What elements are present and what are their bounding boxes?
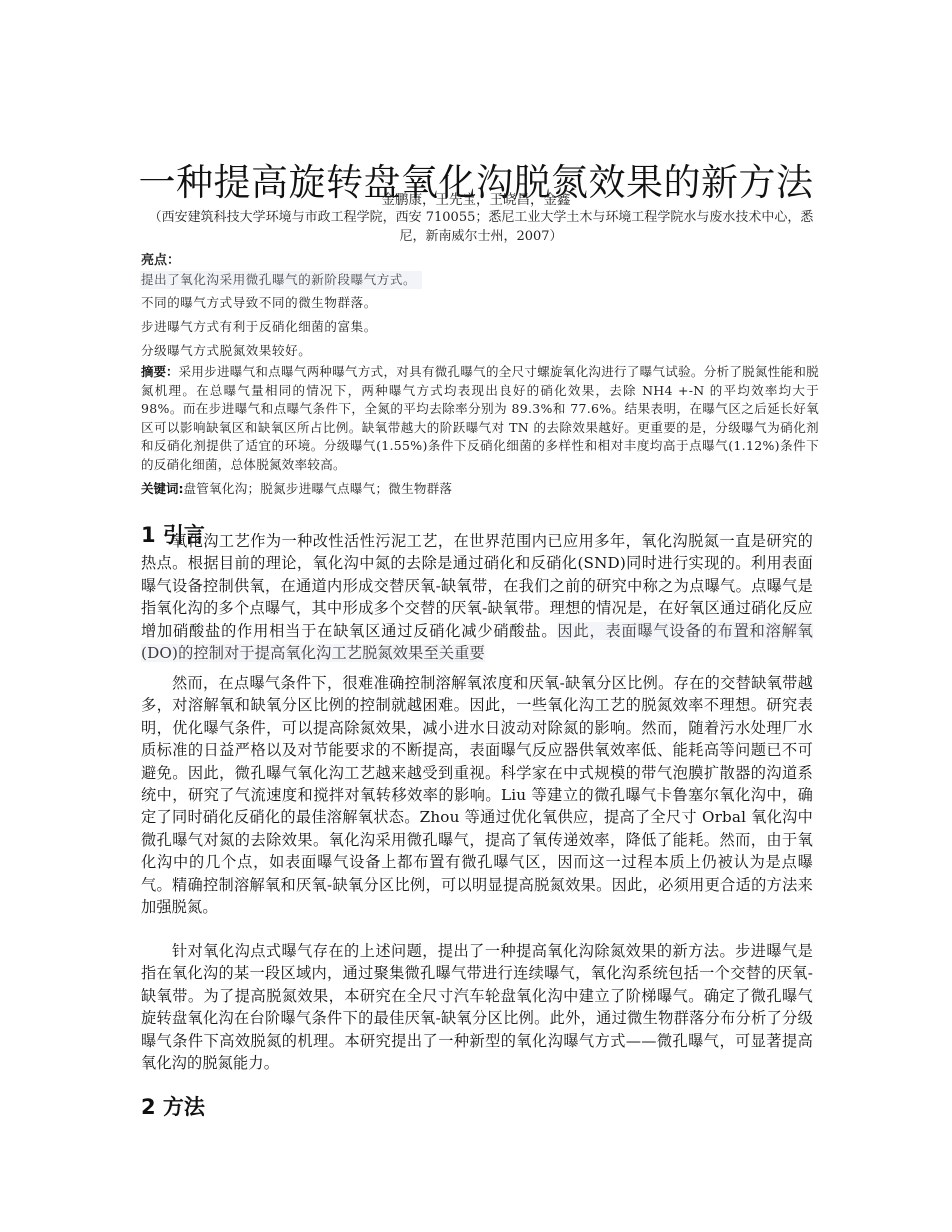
intro-paragraph-3: 针对氧化沟点式曝气存在的上述问题，提出了一种提高氧化沟除氮效果的新方法。步进曝气… [141, 940, 813, 1074]
paragraph-text: 然而，在点曝气条件下，很难准确控制溶解氧浓度和厌氧-缺氧分区比例。存在的交替缺氧… [141, 674, 813, 916]
highlight-item: 分级曝气方式脱氮效果较好。 [141, 342, 311, 360]
affiliation: （西安建筑科技大学环境与市政工程学院，西安 710055；悉尼工业大学土木与环境… [136, 208, 826, 246]
highlights-heading: 亮点： [141, 252, 821, 270]
highlight-item: 不同的曝气方式导致不同的微生物群落。 [141, 294, 377, 312]
section-heading-methods: 2 方法 [141, 1094, 205, 1120]
keywords: 关键词:盘管氧化沟；脱氮步进曝气点曝气；微生物群落 [141, 480, 819, 498]
abstract: 摘要：采用步进曝气和点曝气两种曝气方式，对具有微孔曝气的全尺寸螺旋氧化沟进行了曝… [141, 363, 819, 475]
highlight-item: 步进曝气方式有利于反硝化细菌的富集。 [141, 318, 377, 336]
document-page: 一种提高旋转盘氧化沟脱氮效果的新方法 金鹏康，王先宝，王晓昌，金鑫 （西安建筑科… [0, 0, 952, 1232]
paragraph-text: 针对氧化沟点式曝气存在的上述问题，提出了一种提高氧化沟除氮效果的新方法。步进曝气… [141, 942, 813, 1072]
intro-paragraph-1: 氧化沟工艺作为一种改性活性污泥工艺，在世界范围内已应用多年，氧化沟脱氮一直是研究… [141, 530, 813, 664]
keywords-text: 盘管氧化沟；脱氮步进曝气点曝气；微生物群落 [184, 481, 453, 496]
intro-paragraph-2: 然而，在点曝气条件下，很难准确控制溶解氧浓度和厌氧-缺氧分区比例。存在的交替缺氧… [141, 672, 813, 918]
keywords-label: 关键词: [141, 481, 184, 496]
highlight-item: 提出了氧化沟采用微孔曝气的新阶段曝气方式。 [140, 271, 422, 289]
author-list: 金鹏康，王先宝，王晓昌，金鑫 [0, 190, 952, 210]
abstract-text: 采用步进曝气和点曝气两种曝气方式，对具有微孔曝气的全尺寸螺旋氧化沟进行了曝气试验… [141, 364, 819, 472]
abstract-label: 摘要： [141, 364, 179, 379]
